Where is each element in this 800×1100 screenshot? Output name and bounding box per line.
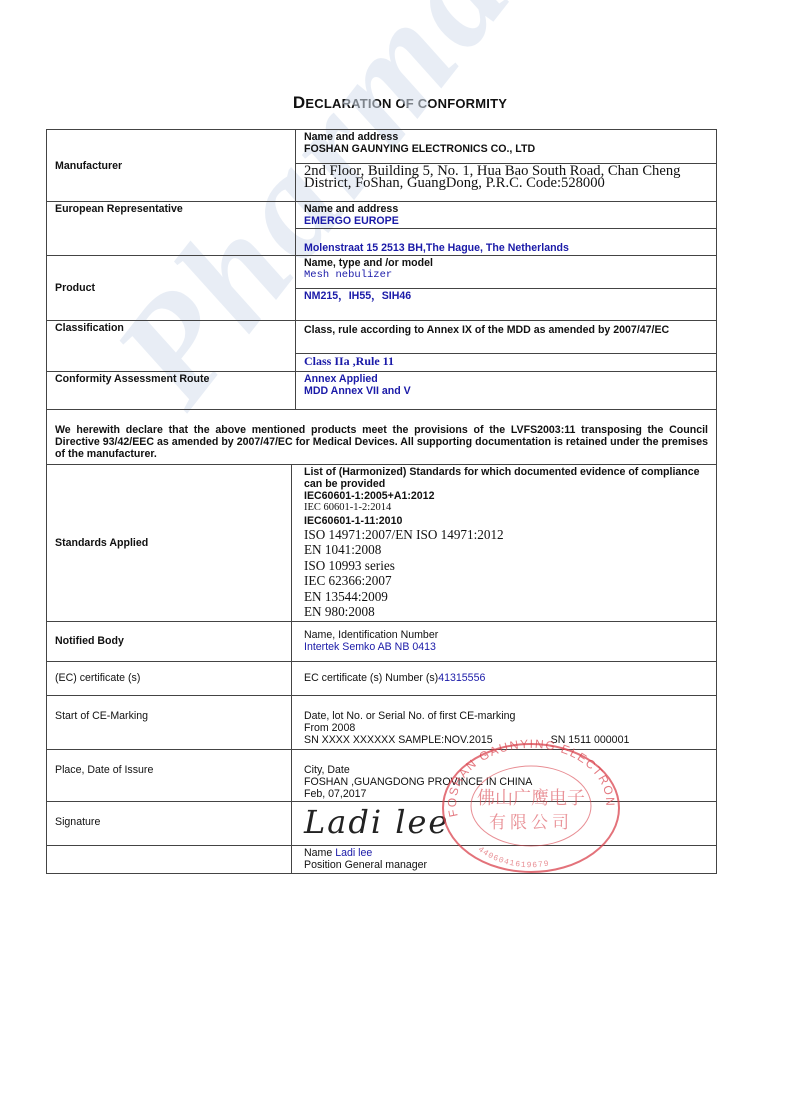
ec-certificate-label: (EC) certificate (s) [47, 661, 292, 695]
european-rep-address: Molenstraat 15 2513 BH,The Hague, The Ne… [296, 229, 717, 256]
standard-item: ISO 14971:2007/EN ISO 14971:2012 [304, 527, 708, 543]
manufacturer-address: 2nd Floor, Building 5, No. 1, Hua Bao So… [296, 164, 717, 202]
declaration-text: We herewith declare that the above menti… [47, 410, 717, 465]
ce-marking-from: From 2008 [304, 722, 708, 734]
place-date-label: Place, Date of Issure [47, 749, 292, 801]
table-row-product: Product Name, type and /or model Mesh ne… [47, 256, 717, 289]
ce-marking-serial: SN XXXX XXXXXX SAMPLE:NOV.2015SN 1511 00… [304, 734, 708, 746]
ce-marking-label: Start of CE-Marking [47, 695, 292, 749]
table-row-ec-certificate: (EC) certificate (s) EC certificate (s) … [47, 661, 717, 695]
standard-item: IEC60601-1:2005+A1:2012 [304, 490, 708, 502]
standard-item: EN 1041:2008 [304, 542, 708, 558]
ec-certificate-cell: EC certificate (s) Number (s)41315556 [292, 661, 717, 695]
standard-item: EN 980:2008 [304, 604, 708, 620]
conformity-route-header: Annex Applied [304, 373, 708, 385]
european-rep-name-header: Name and address [304, 203, 708, 215]
conformity-route-label: Conformity Assessment Route [47, 372, 296, 410]
signer-name-label: Name [304, 847, 335, 859]
table-row-european-rep: European Representative Name and address… [47, 202, 717, 229]
handwritten-signature: Ladi lee [304, 803, 708, 841]
standards-list: IEC60601-1:2005+A1:2012IEC 60601-1-2:201… [304, 490, 708, 620]
standard-item: ISO 10993 series [304, 558, 708, 574]
product-header: Name, type and /or model [304, 257, 708, 269]
european-rep-name: EMERGO EUROPE [304, 215, 708, 227]
notified-body-label: Notified Body [47, 621, 292, 661]
table-row-place-date: Place, Date of Issure City, Date FOSHAN … [47, 749, 717, 801]
standard-item: IEC 62366:2007 [304, 573, 708, 589]
product-name: Mesh nebulizer [304, 269, 708, 281]
signer-position: Position General manager [304, 859, 708, 871]
ec-certificate-header: EC certificate (s) Number (s) [304, 672, 438, 684]
table-row-standards: Standards Applied List of (Harmonized) S… [47, 465, 717, 622]
ec-certificate-number: 41315556 [438, 672, 485, 684]
manufacturer-name: FOSHAN GAUNYING ELECTRONICS CO., LTD [304, 143, 708, 155]
table-row-declaration: We herewith declare that the above menti… [47, 410, 717, 465]
place-date-city: FOSHAN ,GUANGDONG PROVINCE IN CHINA [304, 776, 708, 788]
standard-item: IEC 60601-1-2:2014 [304, 502, 708, 515]
signer-name: Ladi lee [335, 847, 372, 859]
standard-item: EN 13544:2009 [304, 589, 708, 605]
table-row-signer: Name Ladi lee Position General manager [47, 845, 717, 873]
signature-label: Signature [47, 801, 292, 845]
classification-header: Class, rule according to Annex IX of the… [296, 321, 717, 354]
table-row-conformity-route: Conformity Assessment Route Annex Applie… [47, 372, 717, 410]
manufacturer-label: Manufacturer [47, 130, 296, 202]
manufacturer-name-header: Name and address [304, 131, 708, 143]
standards-cell: List of (Harmonized) Standards for which… [292, 465, 717, 622]
classification-label: Classification [47, 321, 296, 372]
standard-item: IEC60601-1-11:2010 [304, 515, 708, 527]
product-models: NM215，IH55，SIH46 [296, 289, 717, 321]
classification-value: Class IIa ,Rule 11 [296, 354, 717, 372]
table-row-notified-body: Notified Body Name, Identification Numbe… [47, 621, 717, 661]
notified-body-value: Intertek Semko AB NB 0413 [304, 641, 708, 653]
notified-body-header: Name, Identification Number [304, 629, 708, 641]
manufacturer-name-cell: Name and address FOSHAN GAUNYING ELECTRO… [296, 130, 717, 164]
place-date-date: Feb, 07,2017 [304, 788, 708, 800]
conformity-route-value: MDD Annex VII and V [304, 385, 708, 397]
document-title: DECLARATION OF CONFORMITY [0, 93, 800, 113]
declaration-table: Manufacturer Name and address FOSHAN GAU… [46, 129, 717, 874]
european-rep-label: European Representative [47, 202, 296, 256]
standards-header: List of (Harmonized) Standards for which… [304, 466, 708, 490]
table-row-classification: Classification Class, rule according to … [47, 321, 717, 354]
table-row-manufacturer: Manufacturer Name and address FOSHAN GAU… [47, 130, 717, 164]
place-date-header: City, Date [304, 764, 708, 776]
table-row-signature: Signature Ladi lee [47, 801, 717, 845]
signer-label-empty [47, 845, 292, 873]
ce-marking-header: Date, lot No. or Serial No. of first CE-… [304, 710, 708, 722]
table-row-ce-marking: Start of CE-Marking Date, lot No. or Ser… [47, 695, 717, 749]
standards-label: Standards Applied [47, 465, 292, 622]
product-label: Product [47, 256, 296, 321]
